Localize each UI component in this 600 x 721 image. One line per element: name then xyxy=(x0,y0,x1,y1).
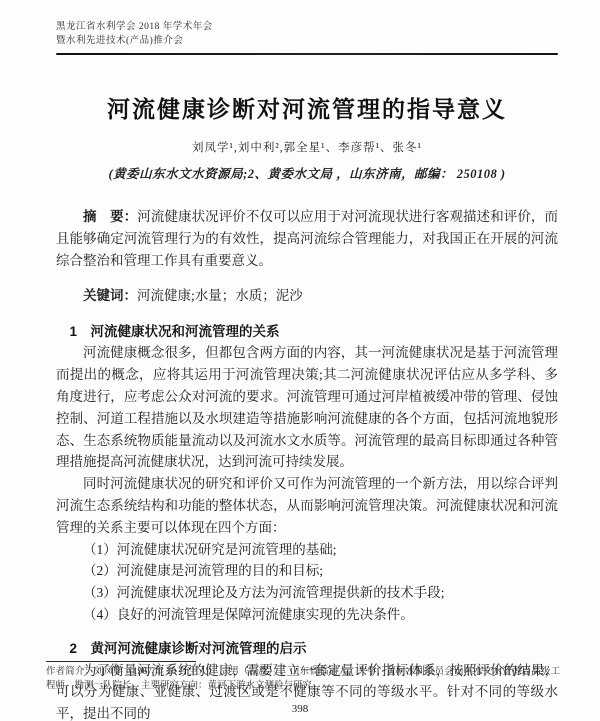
conference-header-line1: 黑龙江省水利学会 2018 年学术年会 xyxy=(56,20,558,34)
keywords-line: 关键词：河流健康;水量；水质；泥沙 xyxy=(56,285,558,307)
section-1-paragraph-2: 同时河流健康状况的研究和评价又可作为河流管理的一个新方法，用以综合评判河流生态系… xyxy=(56,473,558,538)
affiliation-line: (黄委山东水文水资源局;2、黄委水文局 ，山东济南，邮编： 250108 ) xyxy=(56,164,558,182)
header-divider xyxy=(56,53,558,55)
author-list: 刘凤学¹,刘中利²,郭全星¹、李彦帮¹、张冬¹ xyxy=(56,139,558,155)
conference-header: 黑龙江省水利学会 2018 年学术年会 暨水利先进技术(产品)推介会 xyxy=(56,20,558,48)
conference-header-line2: 暨水利先进技术(产品)推介会 xyxy=(56,34,558,48)
section-2-heading: 2 黄河河流健康诊断对河流管理的启示 xyxy=(56,638,558,660)
paper-title: 河流健康诊断对河流管理的指导意义 xyxy=(56,91,558,124)
relationship-list: （1）河流健康状况研究是河流管理的基础; （2）河流健康是河流管理的目的和目标;… xyxy=(56,539,558,626)
list-item: （3）河流健康状况理论及方法为河流管理提供新的技术手段; xyxy=(56,582,558,604)
abstract-paragraph: 摘 要：河流健康状况评价不仅可以应用于对河流现状进行客观描述和评价，而且能够确定… xyxy=(56,206,558,271)
author-bio-footnote: 作者简介：刘凤学（1967 年 10 月生人） ，男（汉族） ，山东省临清人，大… xyxy=(46,666,560,693)
list-item: （2）河流健康是河流管理的目的和目标; xyxy=(56,560,558,582)
footnote-area: 作者简介：刘凤学（1967 年 10 月生人） ，男（汉族） ，山东省临清人，大… xyxy=(46,661,560,693)
section-1-paragraph-1: 河流健康概念很多，但都包含两方面的内容，其一河流健康状况是基于河流管理而提出的概… xyxy=(56,342,558,473)
abstract-label: 摘 要： xyxy=(83,209,137,224)
keywords-label: 关键词： xyxy=(83,288,137,303)
scanned-paper-page: 黑龙江省水利学会 2018 年学术年会 暨水利先进技术(产品)推介会 河流健康诊… xyxy=(0,0,600,721)
page-number: 398 xyxy=(0,703,600,715)
footnote-divider xyxy=(46,661,196,662)
list-item: （4）良好的河流管理是保障河流健康实现的先决条件。 xyxy=(56,604,558,626)
section-1-heading: 1 河流健康状况和河流管理的关系 xyxy=(56,321,558,343)
keywords-text: 河流健康;水量；水质；泥沙 xyxy=(137,288,303,303)
list-item: （1）河流健康状况研究是河流管理的基础; xyxy=(56,539,558,561)
